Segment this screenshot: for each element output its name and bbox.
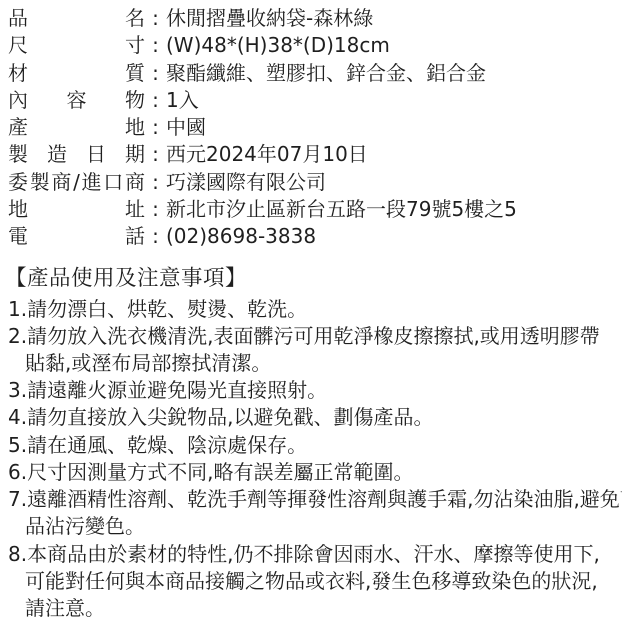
spec-value-material: 聚酯纖維、塑膠扣、鋅合金、鋁合金 (166, 60, 622, 87)
spec-label: 產地 (8, 114, 145, 141)
spec-value-phone: (02)8698-3838 (166, 223, 622, 250)
spec-row-dimensions: 尺寸 : (W)48*(H)38*(D)18cm (8, 32, 622, 59)
spec-label: 品名 (8, 5, 145, 32)
spec-colon: : (145, 114, 166, 141)
notice-line: 8.本商品由於素材的特性,仍不排除會因雨水、汗水、摩擦等使用下, (8, 541, 622, 568)
spec-row-address: 地址 : 新北市汐止區新台五路一段79號5樓之5 (8, 196, 622, 223)
spec-colon: : (145, 141, 166, 168)
notice-line: 1.請勿漂白、烘乾、熨燙、乾洗。 (8, 296, 622, 323)
notice-item: 8.本商品由於素材的特性,仍不排除會因雨水、汗水、摩擦等使用下, 可能對任何與本… (8, 541, 622, 623)
spec-label: 委製商/進口商 (8, 169, 145, 196)
spec-label: 尺寸 (8, 32, 145, 59)
spec-row-importer: 委製商/進口商 : 巧漾國際有限公司 (8, 169, 622, 196)
notice-item: 4.請勿直接放入尖銳物品,以避免戳、劃傷產品。 (8, 404, 622, 431)
notice-heading: 【產品使用及注意事項】 (5, 264, 622, 293)
spec-colon: : (145, 32, 166, 59)
spec-row-origin: 產地 : 中國 (8, 114, 622, 141)
spec-colon: : (145, 60, 166, 87)
spec-value-contents: 1入 (166, 87, 622, 114)
notice-line: 3.請遠離火源並避免陽光直接照射。 (8, 377, 622, 404)
spec-value-manufacture-date: 西元2024年07月10日 (166, 141, 622, 168)
notice-line: 貼黏,或溼布局部擦拭清潔。 (8, 350, 622, 377)
notice-line: 7.遠離酒精性溶劑、乾洗手劑等揮發性溶劑與護手霜,勿沾染油脂,避免商 (8, 486, 622, 513)
spec-label: 內容物 (8, 87, 145, 114)
product-spec-table: 品名 : 休閒摺疊收納袋-森林綠 尺寸 : (W)48*(H)38*(D)18c… (8, 5, 622, 251)
notice-item: 1.請勿漂白、烘乾、熨燙、乾洗。 (8, 296, 622, 323)
notice-line: 6.尺寸因測量方式不同,略有誤差屬正常範圍。 (8, 459, 622, 486)
notice-line: 可能對任何與本商品接觸之物品或衣料,發生色移導致染色的狀況, (8, 568, 622, 595)
spec-value-dimensions: (W)48*(H)38*(D)18cm (166, 32, 622, 59)
notice-line: 請注意。 (8, 595, 622, 622)
spec-row-contents: 內容物 : 1入 (8, 87, 622, 114)
notice-line: 5.請在通風、乾燥、陰涼處保存。 (8, 432, 622, 459)
spec-row-material: 材質 : 聚酯纖維、塑膠扣、鋅合金、鋁合金 (8, 60, 622, 87)
notice-line: 品沾污變色。 (8, 513, 622, 540)
notice-item: 5.請在通風、乾燥、陰涼處保存。 (8, 432, 622, 459)
notice-item: 2.請勿放入洗衣機清洗,表面髒污可用乾淨橡皮擦擦拭,或用透明膠帶 貼黏,或溼布局… (8, 323, 622, 377)
spec-colon: : (145, 5, 166, 32)
spec-value-origin: 中國 (166, 114, 622, 141)
spec-value-address: 新北市汐止區新台五路一段79號5樓之5 (166, 196, 622, 223)
spec-label: 材質 (8, 60, 145, 87)
notice-item: 3.請遠離火源並避免陽光直接照射。 (8, 377, 622, 404)
spec-value-importer: 巧漾國際有限公司 (166, 169, 622, 196)
notice-item: 6.尺寸因測量方式不同,略有誤差屬正常範圍。 (8, 459, 622, 486)
spec-label: 地址 (8, 196, 145, 223)
spec-colon: : (145, 87, 166, 114)
spec-row-phone: 電話 : (02)8698-3838 (8, 223, 622, 250)
spec-value-product-name: 休閒摺疊收納袋-森林綠 (166, 5, 622, 32)
spec-colon: : (145, 169, 166, 196)
spec-row-manufacture-date: 製造日期 : 西元2024年07月10日 (8, 141, 622, 168)
spec-colon: : (145, 196, 166, 223)
notice-list: 1.請勿漂白、烘乾、熨燙、乾洗。 2.請勿放入洗衣機清洗,表面髒污可用乾淨橡皮擦… (8, 296, 622, 622)
notice-line: 4.請勿直接放入尖銳物品,以避免戳、劃傷產品。 (8, 404, 622, 431)
spec-colon: : (145, 223, 166, 250)
spec-label: 電話 (8, 223, 145, 250)
spec-label: 製造日期 (8, 141, 145, 168)
notice-line: 2.請勿放入洗衣機清洗,表面髒污可用乾淨橡皮擦擦拭,或用透明膠帶 (8, 323, 622, 350)
product-info-label: 品名 : 休閒摺疊收納袋-森林綠 尺寸 : (W)48*(H)38*(D)18c… (0, 0, 624, 624)
notice-item: 7.遠離酒精性溶劑、乾洗手劑等揮發性溶劑與護手霜,勿沾染油脂,避免商 品沾污變色… (8, 486, 622, 540)
spec-row-product-name: 品名 : 休閒摺疊收納袋-森林綠 (8, 5, 622, 32)
